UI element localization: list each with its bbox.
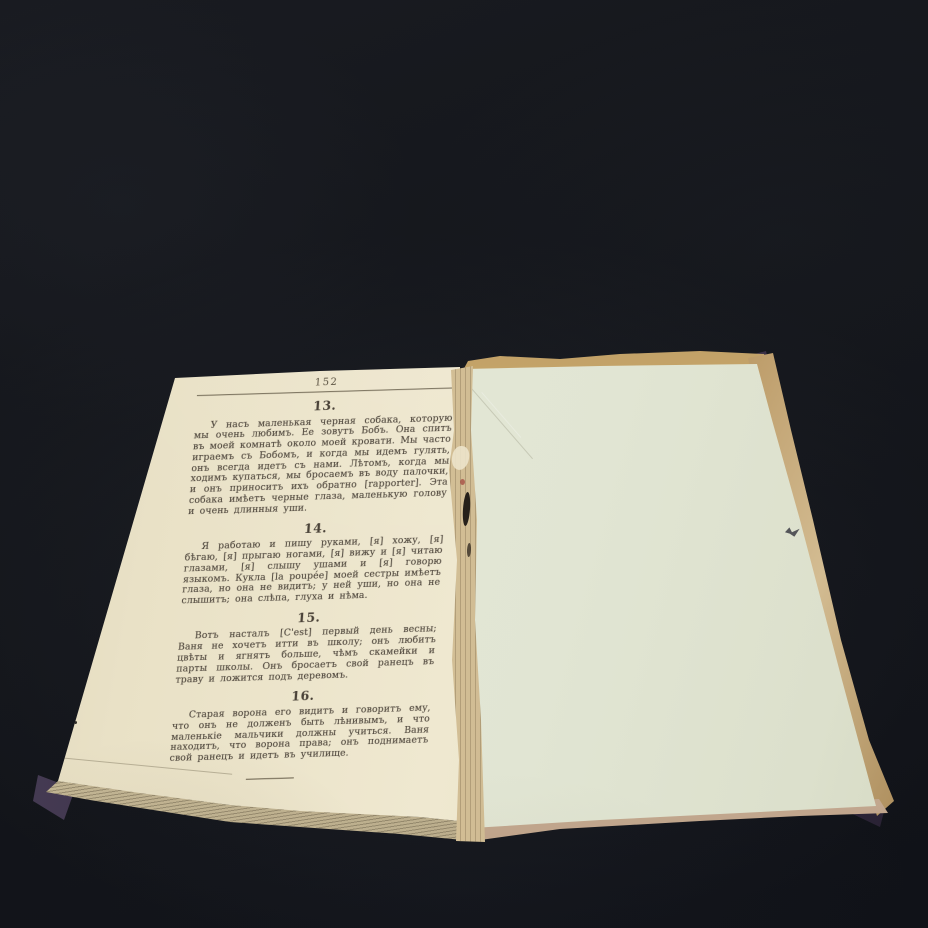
closing-rule xyxy=(246,777,294,779)
photo-background: 152 13. У насъ маленькая черная собака, … xyxy=(0,0,928,928)
section-16-text: Старая ворона его видитъ и говоритъ ему,… xyxy=(169,703,431,765)
page-number: 152 xyxy=(197,373,456,393)
ink-blot-mark xyxy=(784,526,800,538)
right-page-crease-highlight xyxy=(481,392,521,438)
right-page-crease xyxy=(469,386,533,459)
spine-red-fleck xyxy=(460,479,465,485)
left-page-text: 152 13. У насъ маленькая черная собака, … xyxy=(168,373,456,782)
section-14-text: Я работаю и пишу руками, [я] хожу, [я] б… xyxy=(181,535,444,608)
section-15-text: Вотъ насталъ [C'est] первый день весны; … xyxy=(175,624,437,686)
section-13-text: У насъ маленькая черная собака, которую … xyxy=(188,413,453,518)
left-page-speck xyxy=(74,721,77,724)
